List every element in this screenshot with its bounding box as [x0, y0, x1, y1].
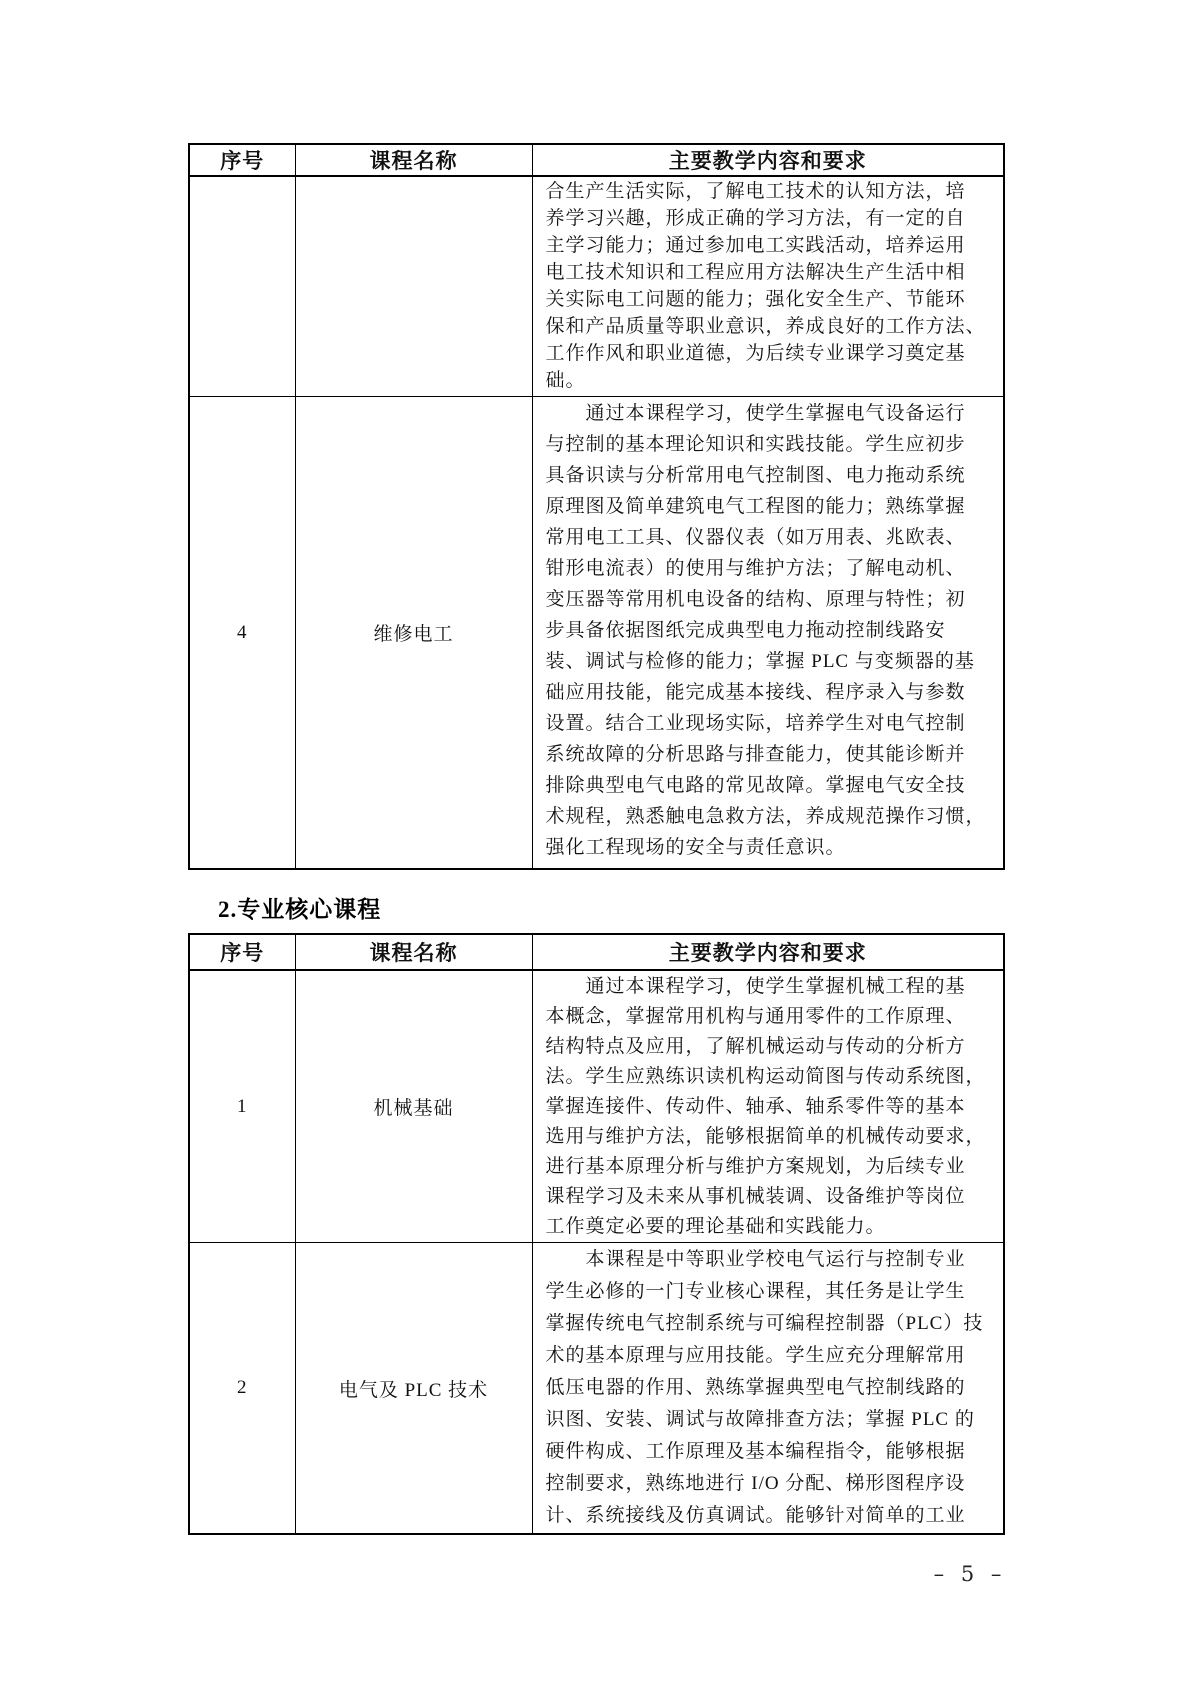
page-number: – 5 – — [880, 1562, 1060, 1586]
table-row: 4 维修电工 通过本课程学习，使学生掌握电气设备运行 与控制的基本理论知识和实践… — [189, 397, 1004, 870]
column-header-no: 序号 — [189, 144, 295, 176]
course-table-basic: 序号 课程名称 主要教学内容和要求 合生产生活实际，了解电工技术的认知方法，培 … — [188, 143, 1005, 870]
row-no-cell: 2 — [189, 1243, 295, 1535]
row-no-cell — [189, 176, 295, 397]
column-header-course-name: 课程名称 — [295, 144, 532, 176]
table-header-row: 序号 课程名称 主要教学内容和要求 — [189, 144, 1004, 176]
course-name-cell: 电气及 PLC 技术 — [295, 1243, 532, 1535]
course-content-cell: 通过本课程学习，使学生掌握机械工程的基 本概念，掌握常用机构与通用零件的工作原理… — [532, 970, 1004, 1243]
column-header-no: 序号 — [189, 934, 295, 970]
course-content-cell: 本课程是中等职业学校电气运行与控制专业 学生必修的一门专业核心课程，其任务是让学… — [532, 1243, 1004, 1535]
column-header-content: 主要教学内容和要求 — [532, 144, 1004, 176]
course-name-cell — [295, 176, 532, 397]
course-table-core: 序号 课程名称 主要教学内容和要求 1 机械基础 通过本课程学习，使学生掌握机械… — [188, 933, 1005, 1535]
column-header-course-name: 课程名称 — [295, 934, 532, 970]
table-row: 2 电气及 PLC 技术 本课程是中等职业学校电气运行与控制专业 学生必修的一门… — [189, 1243, 1004, 1535]
section-heading: 2.专业核心课程 — [218, 891, 381, 924]
column-header-content: 主要教学内容和要求 — [532, 934, 1004, 970]
course-name-cell: 机械基础 — [295, 970, 532, 1243]
row-no-cell: 1 — [189, 970, 295, 1243]
course-content-cell: 通过本课程学习，使学生掌握电气设备运行 与控制的基本理论知识和实践技能。学生应初… — [532, 397, 1004, 870]
table-header-row: 序号 课程名称 主要教学内容和要求 — [189, 934, 1004, 970]
row-no-cell: 4 — [189, 397, 295, 870]
document-page: 序号 课程名称 主要教学内容和要求 合生产生活实际，了解电工技术的认知方法，培 … — [0, 0, 1191, 1684]
course-content-cell: 合生产生活实际，了解电工技术的认知方法，培 养学习兴趣，形成正确的学习方法，有一… — [532, 176, 1004, 397]
table-row: 1 机械基础 通过本课程学习，使学生掌握机械工程的基 本概念，掌握常用机构与通用… — [189, 970, 1004, 1243]
table-row: 合生产生活实际，了解电工技术的认知方法，培 养学习兴趣，形成正确的学习方法，有一… — [189, 176, 1004, 397]
course-name-cell: 维修电工 — [295, 397, 532, 870]
